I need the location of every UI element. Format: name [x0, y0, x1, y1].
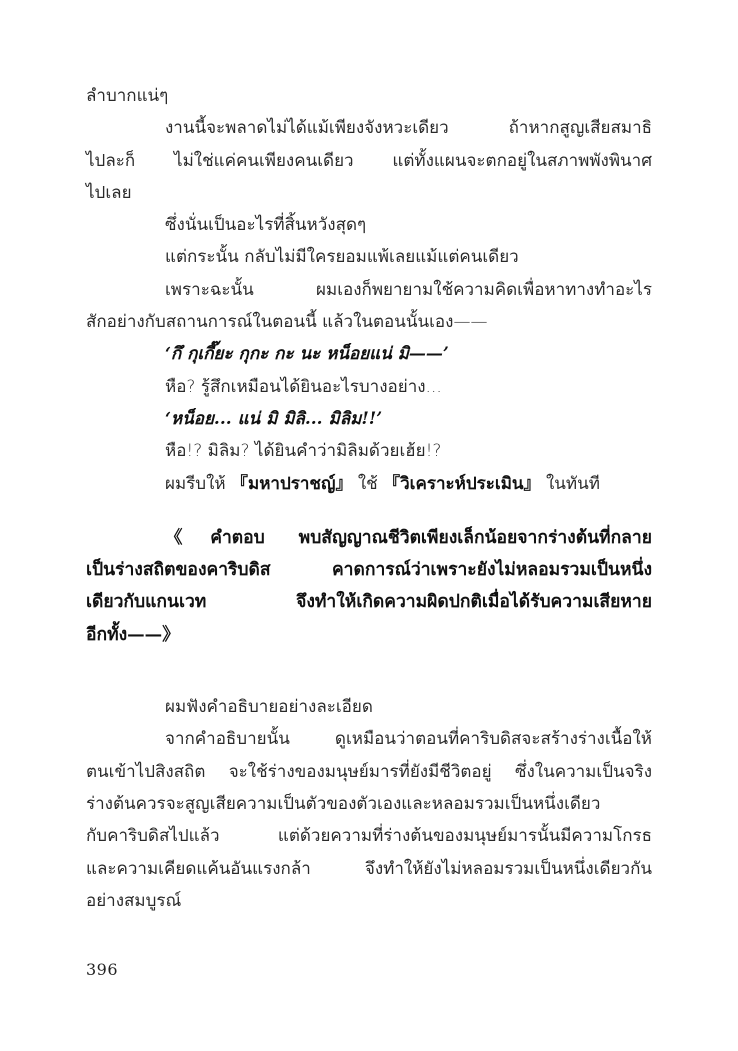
text-line: ผมฟังคำอธิบายอย่างละเอียด	[86, 691, 652, 723]
answer-line: เดียวกับแกนเวท จึงทำให้เกิดความผิดปกติเม…	[86, 586, 652, 618]
skill-name-great-sage: 『มหาปราชญ์』	[231, 474, 352, 494]
voice-line: ‘กึ กุเกี๊ยะ กุกะ กะ นะ หน็อยแน่ มิ——’	[86, 338, 652, 370]
page-number: 396	[86, 960, 118, 979]
voice-line: ‘หน็อย... แน่ มิ มิลิ... มิลิม!!’	[86, 403, 652, 435]
text-segment: ในทันที	[541, 474, 600, 494]
page-body: ลำบากแน่ๆ งานนี้จะพลาดไม่ได้แม้เพียงจังห…	[86, 80, 652, 917]
text-line: ผมรีบให้ 『มหาปราชญ์』 ใช้ 『วิเคราะห์ประเม…	[86, 468, 652, 500]
text-line: ไปเลย	[86, 177, 652, 209]
text-line: ไปละก็ ไม่ใช่แค่คนเพียงคนเดียว แต่ทั้งแผ…	[86, 145, 652, 177]
text-line: ร่างต้นควรจะสูญเสียความเป็นตัวของตัวเองแ…	[86, 788, 652, 820]
answer-line: 《คำตอบ พบสัญญาณชีวิตเพียงเล็กน้อยจากร่าง…	[86, 522, 652, 554]
text-line: อย่างสมบูรณ์	[86, 885, 652, 917]
text-line: หือ? รู้สึกเหมือนได้ยินอะไรบางอย่าง...	[86, 371, 652, 403]
text-line: จากคำอธิบายนั้น ดูเหมือนว่าตอนที่คาริบดิ…	[86, 723, 652, 755]
text-line: หือ!? มิลิม? ได้ยินคำว่ามิลิมด้วยเฮ้ย!?	[86, 435, 652, 467]
text-line: งานนี้จะพลาดไม่ได้แม้เพียงจังหวะเดียว ถ้…	[86, 112, 652, 144]
text-line: ลำบากแน่ๆ	[86, 80, 652, 112]
answer-line: อีกทั้ง——》	[86, 619, 652, 651]
text-line: ตนเข้าไปสิงสถิต จะใช้ร่างของมนุษย์มารที่…	[86, 756, 652, 788]
answer-line: เป็นร่างสถิตของคาริบดิส คาดการณ์ว่าเพราะ…	[86, 554, 652, 586]
text-line: เพราะฉะนั้น ผมเองก็พยายามใช้ความคิดเพื่อ…	[86, 274, 652, 306]
book-page: ลำบากแน่ๆ งานนี้จะพลาดไม่ได้แม้เพียงจังห…	[0, 0, 738, 1051]
skill-name-analyze: 『วิเคราะห์ประเมิน』	[383, 474, 540, 494]
text-line: สักอย่างกับสถานการณ์ในตอนนี้ แล้วในตอนนั…	[86, 306, 652, 338]
text-line: แต่กระนั้น กลับไม่มีใครยอมแพ้เลยแม้แต่คน…	[86, 241, 652, 273]
spacer	[86, 500, 652, 522]
text-line: และความเคียดแค้นอันแรงกล้า จึงทำให้ยังไม…	[86, 853, 652, 885]
text-segment: ผมรีบให้	[165, 474, 231, 494]
text-segment: ใช้	[352, 474, 383, 494]
text-line: ซึ่งนั่นเป็นอะไรที่สิ้นหวังสุดๆ	[86, 209, 652, 241]
text-line: กับคาริบดิสไปแล้ว แต่ด้วยความที่ร่างต้นข…	[86, 820, 652, 852]
spacer	[86, 651, 652, 691]
